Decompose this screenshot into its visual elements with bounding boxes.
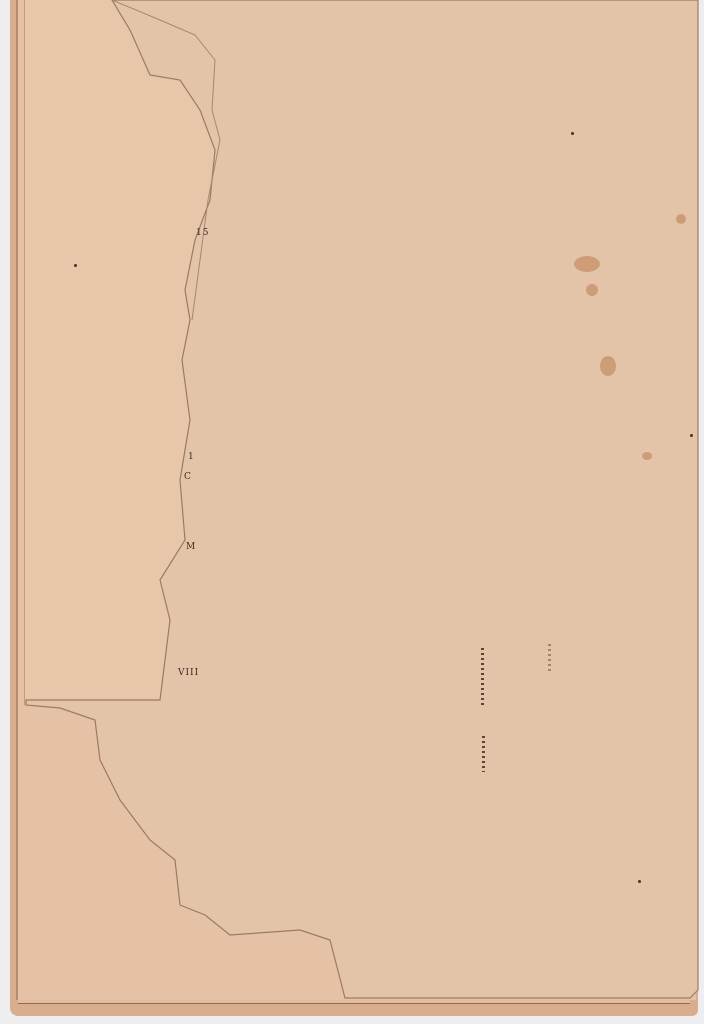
show-through-text — [481, 648, 484, 708]
show-through-text — [482, 736, 485, 772]
foxing-stain — [676, 214, 686, 224]
speck — [571, 132, 574, 135]
fragment-text: C — [184, 472, 192, 482]
speck — [690, 434, 693, 437]
foxing-stain — [586, 284, 598, 296]
fragment-text: M — [186, 542, 196, 552]
foxing-stain — [600, 356, 616, 376]
foxing-stain — [574, 256, 600, 272]
fragment-text: VIII — [178, 668, 199, 678]
speck — [638, 880, 641, 883]
fragment-text: 1 — [188, 452, 195, 462]
show-through-text — [548, 644, 551, 672]
fragment-text: 15 — [196, 228, 209, 238]
torn-front-leaf — [0, 0, 704, 1024]
foxing-stain — [642, 452, 652, 460]
speck — [74, 264, 77, 267]
